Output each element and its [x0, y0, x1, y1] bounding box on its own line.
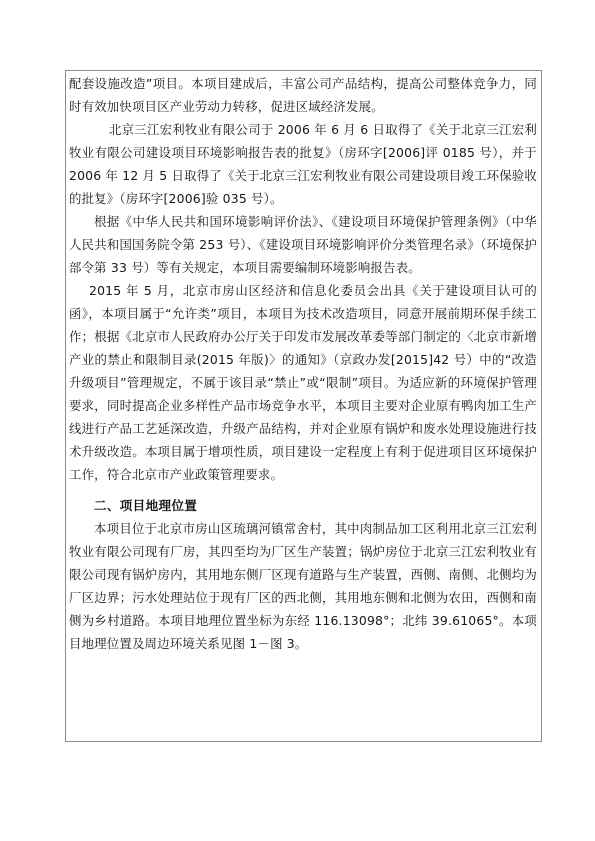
paragraph-project-benefits: 配套设施改造”项目。本项目建成后，丰富公司产品结构，提高公司整体竞争力，同时有效… — [69, 72, 537, 118]
paragraph-prior-approvals: 北京三江宏利牧业有限公司于 2006 年 6 月 6 日取得了《关于北京三江宏利… — [69, 118, 537, 210]
report-form-cell: 配套设施改造”项目。本项目建成后，丰富公司产品结构，提高公司整体竞争力，同时有效… — [65, 70, 542, 742]
paragraph-legal-basis: 根据《中华人民共和国环境影响评价法》、《建设项目环境保护管理条例》（中华人民共和… — [69, 210, 537, 279]
paragraph-location-description: 本项目位于北京市房山区琉璃河镇常舍村，其中肉制品加工区利用北京三江宏利牧业有限公… — [69, 517, 537, 655]
paragraph-policy-compliance: 2015 年 5 月，北京市房山区经济和信息化委员会出具《关于建设项目认可的函》… — [69, 279, 537, 486]
document-page: 配套设施改造”项目。本项目建成后，丰富公司产品结构，提高公司整体竞争力，同时有效… — [0, 0, 595, 841]
section-heading-project-location: 二、项目地理位置 — [69, 494, 537, 517]
